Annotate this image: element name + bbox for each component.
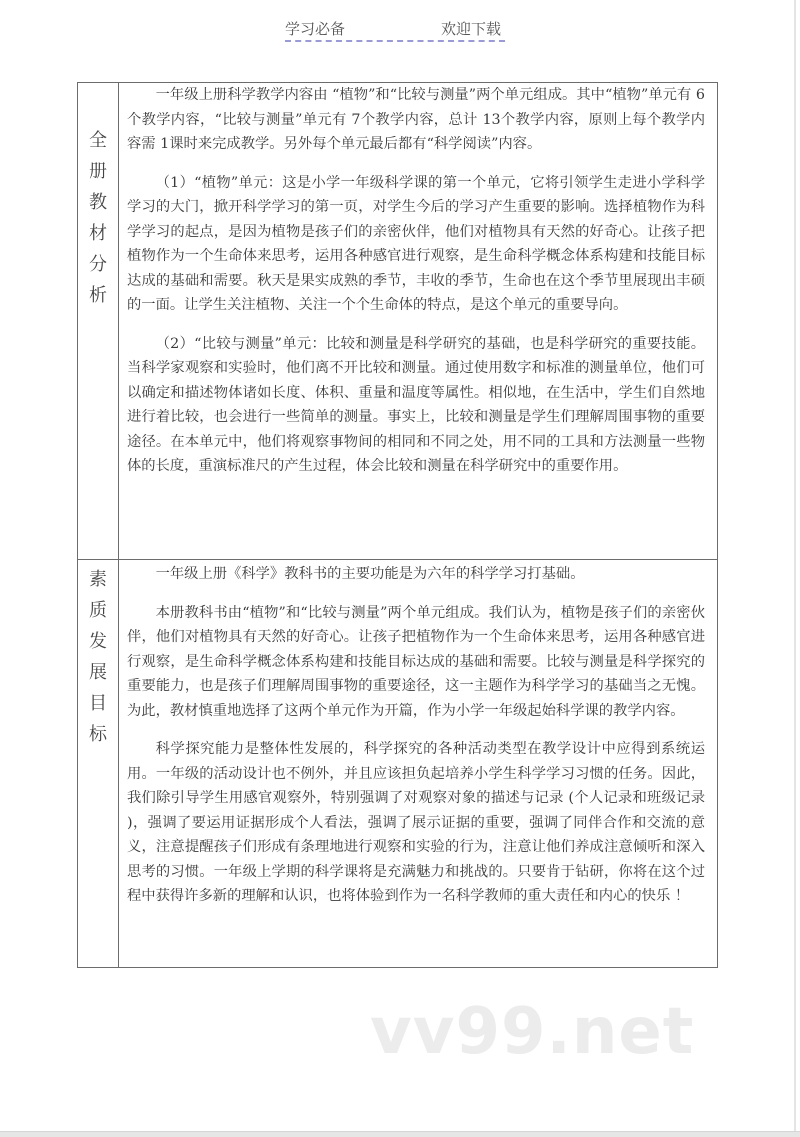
paragraph-overview: 一年级上册科学教学内容由 “植物”和“比较与测量”两个单元组成。其中“植物”单元… (127, 83, 705, 157)
paragraph-inquiry-ability: 科学探究能力是整体性发展的，科学探究的各种活动类型在教学设计中应得到系统运用。一… (127, 737, 705, 909)
label-char: 素 (79, 564, 117, 595)
paragraph-plants-unit: （1）“植物”单元：这是小学一年级科学课的第一个单元，它将引领学生走进小学科学学… (127, 171, 705, 318)
table-row-competency-goals: 素 质 发 展 目 标 一年级上册《科学》教科书的主要功能是为六年的科学学习打基… (78, 560, 718, 968)
header-right-text: 欢迎下载 (441, 18, 501, 39)
label-char: 材 (79, 218, 117, 249)
paragraph-book-composition: 本册教科书由“植物”和“比较与测量”两个单元组成。我们认为，植物是孩子们的亲密伙… (127, 601, 705, 724)
page-edge (794, 0, 796, 1133)
table-row-textbook-analysis: 全 册 教 材 分 析 一年级上册科学教学内容由 “植物”和“比较与测量”两个单… (78, 83, 718, 560)
label-char: 析 (79, 280, 117, 311)
watermark: vv99.net (370, 995, 694, 1069)
row-label-textbook-analysis: 全 册 教 材 分 析 (78, 83, 119, 560)
page-header: 学习必备 欢迎下载 (285, 16, 505, 42)
label-char: 册 (79, 156, 117, 187)
paragraph-measurement-unit: （2）“比较与测量”单元：比较和测量是科学研究的基础，也是科学研究的重要技能。当… (127, 332, 705, 479)
header-left-text: 学习必备 (285, 18, 345, 39)
row-content-textbook-analysis: 一年级上册科学教学内容由 “植物”和“比较与测量”两个单元组成。其中“植物”单元… (119, 83, 718, 560)
label-char: 教 (79, 187, 117, 218)
content-table: 全 册 教 材 分 析 一年级上册科学教学内容由 “植物”和“比较与测量”两个单… (77, 82, 718, 968)
label-char: 发 (79, 626, 117, 657)
label-char: 目 (79, 688, 117, 719)
label-char: 标 (79, 719, 117, 750)
label-char: 分 (79, 249, 117, 280)
row-content-competency-goals: 一年级上册《科学》教科书的主要功能是为六年的科学学习打基础。 本册教科书由“植物… (119, 560, 718, 968)
page-bottom-edge (0, 1131, 800, 1137)
label-char: 展 (79, 657, 117, 688)
row-label-competency-goals: 素 质 发 展 目 标 (78, 560, 119, 968)
label-char: 质 (79, 595, 117, 626)
paragraph-purpose: 一年级上册《科学》教科书的主要功能是为六年的科学学习打基础。 (127, 562, 705, 587)
label-char: 全 (79, 125, 117, 156)
